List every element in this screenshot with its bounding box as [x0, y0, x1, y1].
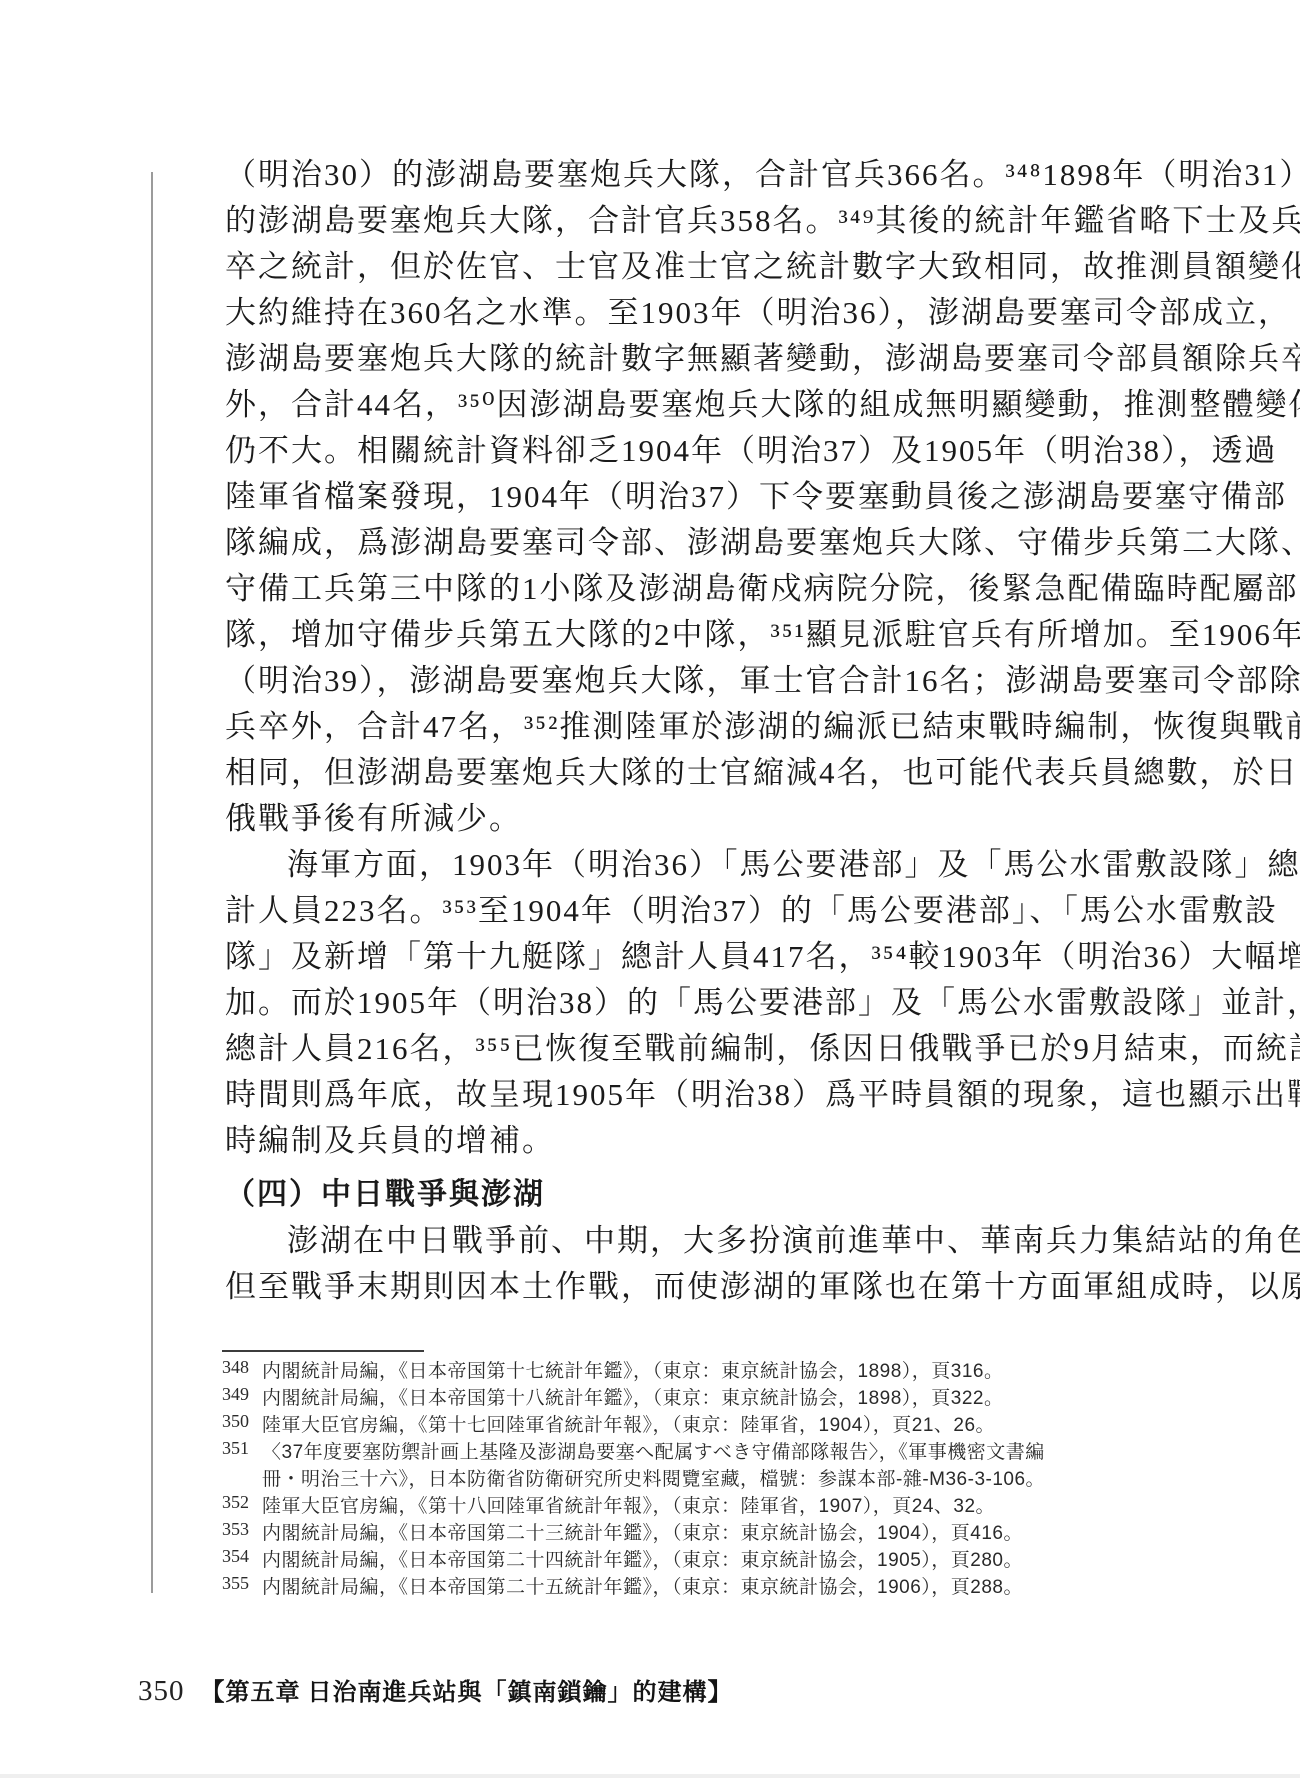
footnote-number: 350 [222, 1408, 262, 1435]
footnote-number: 352 [222, 1489, 262, 1516]
text-line: （明治30）的澎湖島要塞炮兵大隊，合計官兵366名。³⁴⁸1898年（明治31） [225, 152, 1041, 198]
footnote-text: 内閣統計局編，《日本帝国第十七統計年鑑》，（東京：東京統計協会，1898），頁3… [262, 1358, 1060, 1385]
footnote-number: 355 [222, 1570, 262, 1597]
footnote-item: 352 陸軍大臣官房編，《第十八回陸軍省統計年報》，（東京：陸軍省，1907），… [222, 1493, 1060, 1520]
text-line: 卒之統計，但於佐官、士官及准士官之統計數字大致相同，故推測員額變化 [225, 244, 1041, 290]
footnotes-block: 348 内閣統計局編，《日本帝国第十七統計年鑑》，（東京：東京統計協会，1898… [222, 1358, 1060, 1601]
footnote-number: 351 [222, 1435, 262, 1462]
footnote-item: 353 内閣統計局編，《日本帝国第二十三統計年鑑》，（東京：東京統計協会，190… [222, 1520, 1060, 1547]
footnote-text: 内閣統計局編，《日本帝国第二十三統計年鑑》，（東京：東京統計協会，1904），頁… [262, 1520, 1060, 1547]
footnote-number: 353 [222, 1516, 262, 1543]
text-line: 的澎湖島要塞炮兵大隊，合計官兵358名。³⁴⁹其後的統計年鑑省略下士及兵 [225, 198, 1041, 244]
text-line: 隊，增加守備步兵第五大隊的2中隊，³⁵¹顯見派駐官兵有所增加。至1906年 [225, 612, 1041, 658]
main-text-block: （明治30）的澎湖島要塞炮兵大隊，合計官兵366名。³⁴⁸1898年（明治31）… [225, 152, 1041, 1310]
text-line: 加。而於1905年（明治38）的「馬公要港部」及「馬公水雷敷設隊」並計， [225, 980, 1041, 1026]
text-line: 兵卒外，合計47名，³⁵²推測陸軍於澎湖的編派已結束戰時編制，恢復與戰前 [225, 704, 1041, 750]
page-number: 350 [138, 1675, 185, 1708]
section-heading: （四）中日戰爭與澎湖 [225, 1172, 1041, 1218]
footnote-item: 348 内閣統計局編，《日本帝国第十七統計年鑑》，（東京：東京統計協会，1898… [222, 1358, 1060, 1385]
footnote-number: 349 [222, 1381, 262, 1408]
footnote-text: 内閣統計局編，《日本帝国第二十五統計年鑑》，（東京：東京統計協会，1906），頁… [262, 1574, 1060, 1601]
text-line: 俄戰爭後有所減少。 [225, 796, 1041, 842]
footnote-item: 354 内閣統計局編，《日本帝国第二十四統計年鑑》，（東京：東京統計協会，190… [222, 1547, 1060, 1574]
text-line: 相同，但澎湖島要塞炮兵大隊的士官縮減4名，也可能代表兵員總數，於日 [225, 750, 1041, 796]
text-line: 計人員223名。³⁵³至1904年（明治37）的「馬公要港部」、「馬公水雷敷設 [225, 888, 1041, 934]
text-line: 澎湖島要塞炮兵大隊的統計數字無顯著變動，澎湖島要塞司令部員額除兵卒 [225, 336, 1041, 382]
text-line: 但至戰爭末期則因本土作戰，而使澎湖的軍隊也在第十方面軍組成時，以原有 [225, 1264, 1041, 1310]
footnote-text: 陸軍大臣官房編，《第十八回陸軍省統計年報》，（東京：陸軍省，1907），頁24、… [262, 1493, 1060, 1520]
footnote-text: 内閣統計局編，《日本帝国第二十四統計年鑑》，（東京：東京統計協会，1905），頁… [262, 1547, 1060, 1574]
chapter-title: 【第五章 日治南進兵站與「鎮南鎖鑰」的建構】 [201, 1672, 733, 1707]
scan-bottom-edge [0, 1774, 1300, 1778]
text-line: 仍不大。相關統計資料卻乏1904年（明治37）及1905年（明治38），透過 [225, 428, 1041, 474]
text-line: 時編制及兵員的增補。 [225, 1118, 1041, 1164]
text-line: 陸軍省檔案發現，1904年（明治37）下令要塞動員後之澎湖島要塞守備部 [225, 474, 1041, 520]
footnote-item: 351 〈37年度要塞防禦計画上基隆及澎湖島要塞へ配属すべき守備部隊報告〉，《軍… [222, 1439, 1060, 1493]
left-margin-rule [151, 172, 153, 1593]
text-line: 海軍方面，1903年（明治36）「馬公要港部」及「馬公水雷敷設隊」總 [225, 842, 1041, 888]
footnote-number: 354 [222, 1543, 262, 1570]
footnote-item: 350 陸軍大臣官房編，《第十七回陸軍省統計年報》，（東京：陸軍省，1904），… [222, 1412, 1060, 1439]
text-line: 隊」及新增「第十九艇隊」總計人員417名，³⁵⁴較1903年（明治36）大幅增 [225, 934, 1041, 980]
text-line: 時間則爲年底，故呈現1905年（明治38）爲平時員額的現象，這也顯示出戰 [225, 1072, 1041, 1118]
text-line: 總計人員216名，³⁵⁵已恢復至戰前編制，係因日俄戰爭已於9月結束，而統計 [225, 1026, 1041, 1072]
footnote-number: 348 [222, 1354, 262, 1381]
text-line: 外，合計44名，³⁵⁰因澎湖島要塞炮兵大隊的組成無明顯變動，推測整體變化 [225, 382, 1041, 428]
footnote-separator [222, 1350, 424, 1352]
footnote-text: 〈37年度要塞防禦計画上基隆及澎湖島要塞へ配属すべき守備部隊報告〉，《軍事機密文… [262, 1439, 1060, 1493]
text-line: 隊編成，爲澎湖島要塞司令部、澎湖島要塞炮兵大隊、守備步兵第二大隊、 [225, 520, 1041, 566]
text-line: 大約維持在360名之水準。至1903年（明治36），澎湖島要塞司令部成立， [225, 290, 1041, 336]
footnote-text: 陸軍大臣官房編，《第十七回陸軍省統計年報》，（東京：陸軍省，1904），頁21、… [262, 1412, 1060, 1439]
page-footer: 350 【第五章 日治南進兵站與「鎮南鎖鑰」的建構】 [138, 1672, 733, 1708]
footnote-text: 内閣統計局編，《日本帝国第十八統計年鑑》，（東京：東京統計協会，1898），頁3… [262, 1385, 1060, 1412]
text-line: 守備工兵第三中隊的1小隊及澎湖島衛戍病院分院，後緊急配備臨時配屬部 [225, 566, 1041, 612]
footnote-item: 355 内閣統計局編，《日本帝国第二十五統計年鑑》，（東京：東京統計協会，190… [222, 1574, 1060, 1601]
text-line: （明治39），澎湖島要塞炮兵大隊，軍士官合計16名；澎湖島要塞司令部除 [225, 658, 1041, 704]
footnote-item: 349 内閣統計局編，《日本帝国第十八統計年鑑》，（東京：東京統計協会，1898… [222, 1385, 1060, 1412]
text-line: 澎湖在中日戰爭前、中期，大多扮演前進華中、華南兵力集結站的角色， [225, 1218, 1041, 1264]
book-page: { "page": { "number": "350", "footer_cha… [0, 0, 1300, 1778]
